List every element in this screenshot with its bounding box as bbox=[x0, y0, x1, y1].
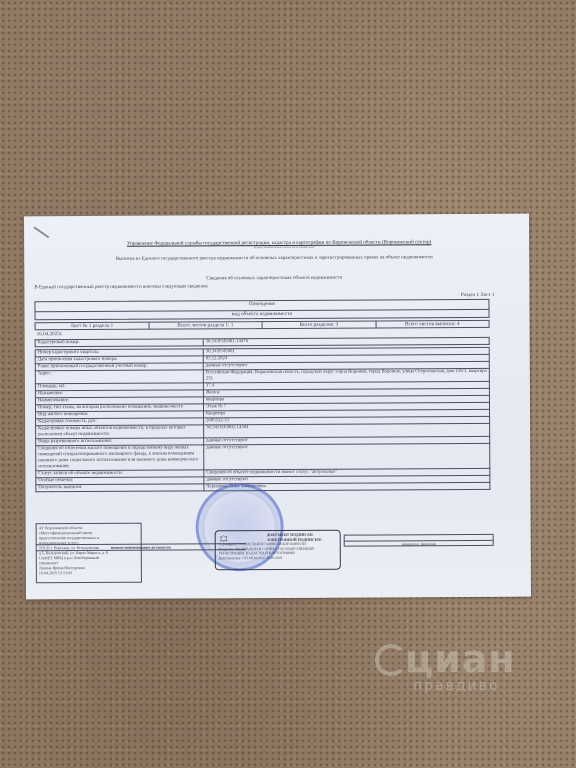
watermark-brand: циан bbox=[405, 640, 516, 678]
signature-field: инициалы, фамилия bbox=[344, 534, 494, 547]
mfc-line: 16.04.2025 13:13:03 bbox=[39, 570, 139, 576]
sheet-number: Лист № 1 раздела 1 bbox=[36, 323, 150, 330]
extract-title: Выписка из Единого государственного реес… bbox=[54, 255, 494, 264]
esig-valid: Действителен: с 05.08.2024 по 29.10.2025 bbox=[219, 556, 337, 561]
characteristics-table: Кадастровый номер:36:34:0545001:14476Ном… bbox=[35, 337, 491, 492]
object-type-box: Помещение вид объекта недвижимости bbox=[34, 299, 489, 320]
coat-of-arms-icon bbox=[220, 534, 228, 543]
pen-mark bbox=[34, 226, 50, 237]
table-row: Сведения об отнесении жилого помещения к… bbox=[36, 443, 490, 470]
sections-total: Всего разделов: 3 bbox=[263, 321, 377, 328]
row-value: данные отсутствуют bbox=[204, 443, 490, 469]
extract-sheets-total: Всего листов выписки: 4 bbox=[376, 321, 489, 328]
section-sheets-total: Всего листов раздела 1: 1 bbox=[149, 322, 263, 329]
signature-caption: инициалы, фамилия bbox=[345, 541, 493, 547]
cian-logo-icon bbox=[375, 644, 407, 676]
agency-subtitle: полное наименование органа регистрации п… bbox=[209, 246, 359, 251]
cian-watermark: циан правдиво bbox=[405, 640, 516, 694]
mfc-certification-box: АУ Воронежской области «Многофункциональ… bbox=[36, 523, 142, 584]
row-label: Сведения об отнесении жилого помещения к… bbox=[36, 445, 204, 471]
extract-date: 16.04.2025г. bbox=[37, 331, 63, 338]
document-sheet: Управление Федеральной службы государств… bbox=[24, 214, 531, 600]
row-label: Адрес: bbox=[35, 370, 203, 384]
sheet-info-row: Лист № 1 раздела 1 Всего листов раздела … bbox=[35, 320, 490, 330]
intro-text: В Единый государственный реестр недвижим… bbox=[34, 284, 208, 291]
section-title: Сведения об основных характеристиках объ… bbox=[144, 275, 404, 283]
row-label: Кадастровые номера иных объектов недвижи… bbox=[36, 425, 204, 439]
object-type-caption: вид объекта недвижимости bbox=[36, 310, 489, 319]
e-signature-stamp: ДОКУМЕНТ ПОДПИСАН ЭЛЕКТРОННОЙ ПОДПИСЬЮ С… bbox=[215, 530, 341, 571]
row-label: Получатель выписки: bbox=[36, 484, 204, 492]
